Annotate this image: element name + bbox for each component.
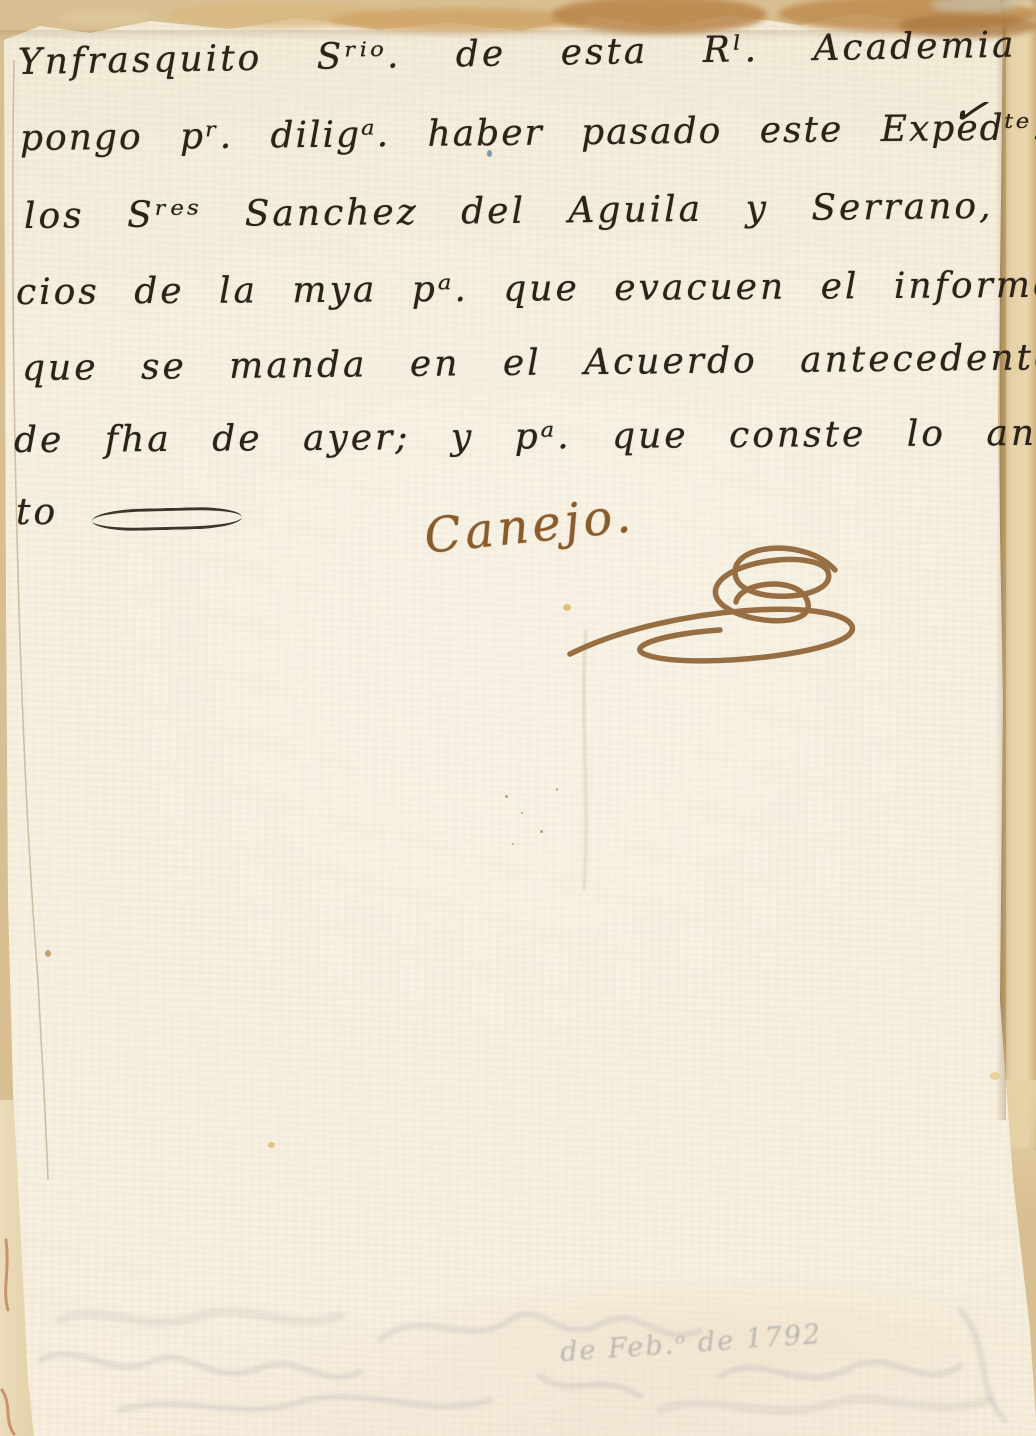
ink-speckle (512, 843, 514, 845)
ink-speckle (505, 795, 508, 798)
ink-speckle (540, 830, 543, 833)
manuscript-line-4: cios de la mya pᵃ. que evacuen el inform… (16, 265, 1036, 313)
foxing-spot (990, 1072, 1000, 1080)
manuscript-line-7: to (16, 492, 58, 533)
top-stain (330, 8, 590, 32)
manuscript-line-6: de fha de ayer; y pᵃ. que conste lo ano- (14, 413, 1036, 461)
ink-speckle (521, 812, 523, 814)
scanned-manuscript-page: Ynfrasquito Sʳⁱᵒ. de esta Rˡ. Academia p… (0, 0, 1036, 1436)
signature-rubric-flourish (540, 542, 900, 692)
ink-speckle (556, 788, 558, 791)
bleed-through-handwriting: de Feb.ᵒ de 1792 (0, 1280, 1036, 1436)
foxing-spot (45, 950, 51, 957)
foxing-spot (268, 1142, 275, 1148)
left-crease (0, 0, 120, 1200)
